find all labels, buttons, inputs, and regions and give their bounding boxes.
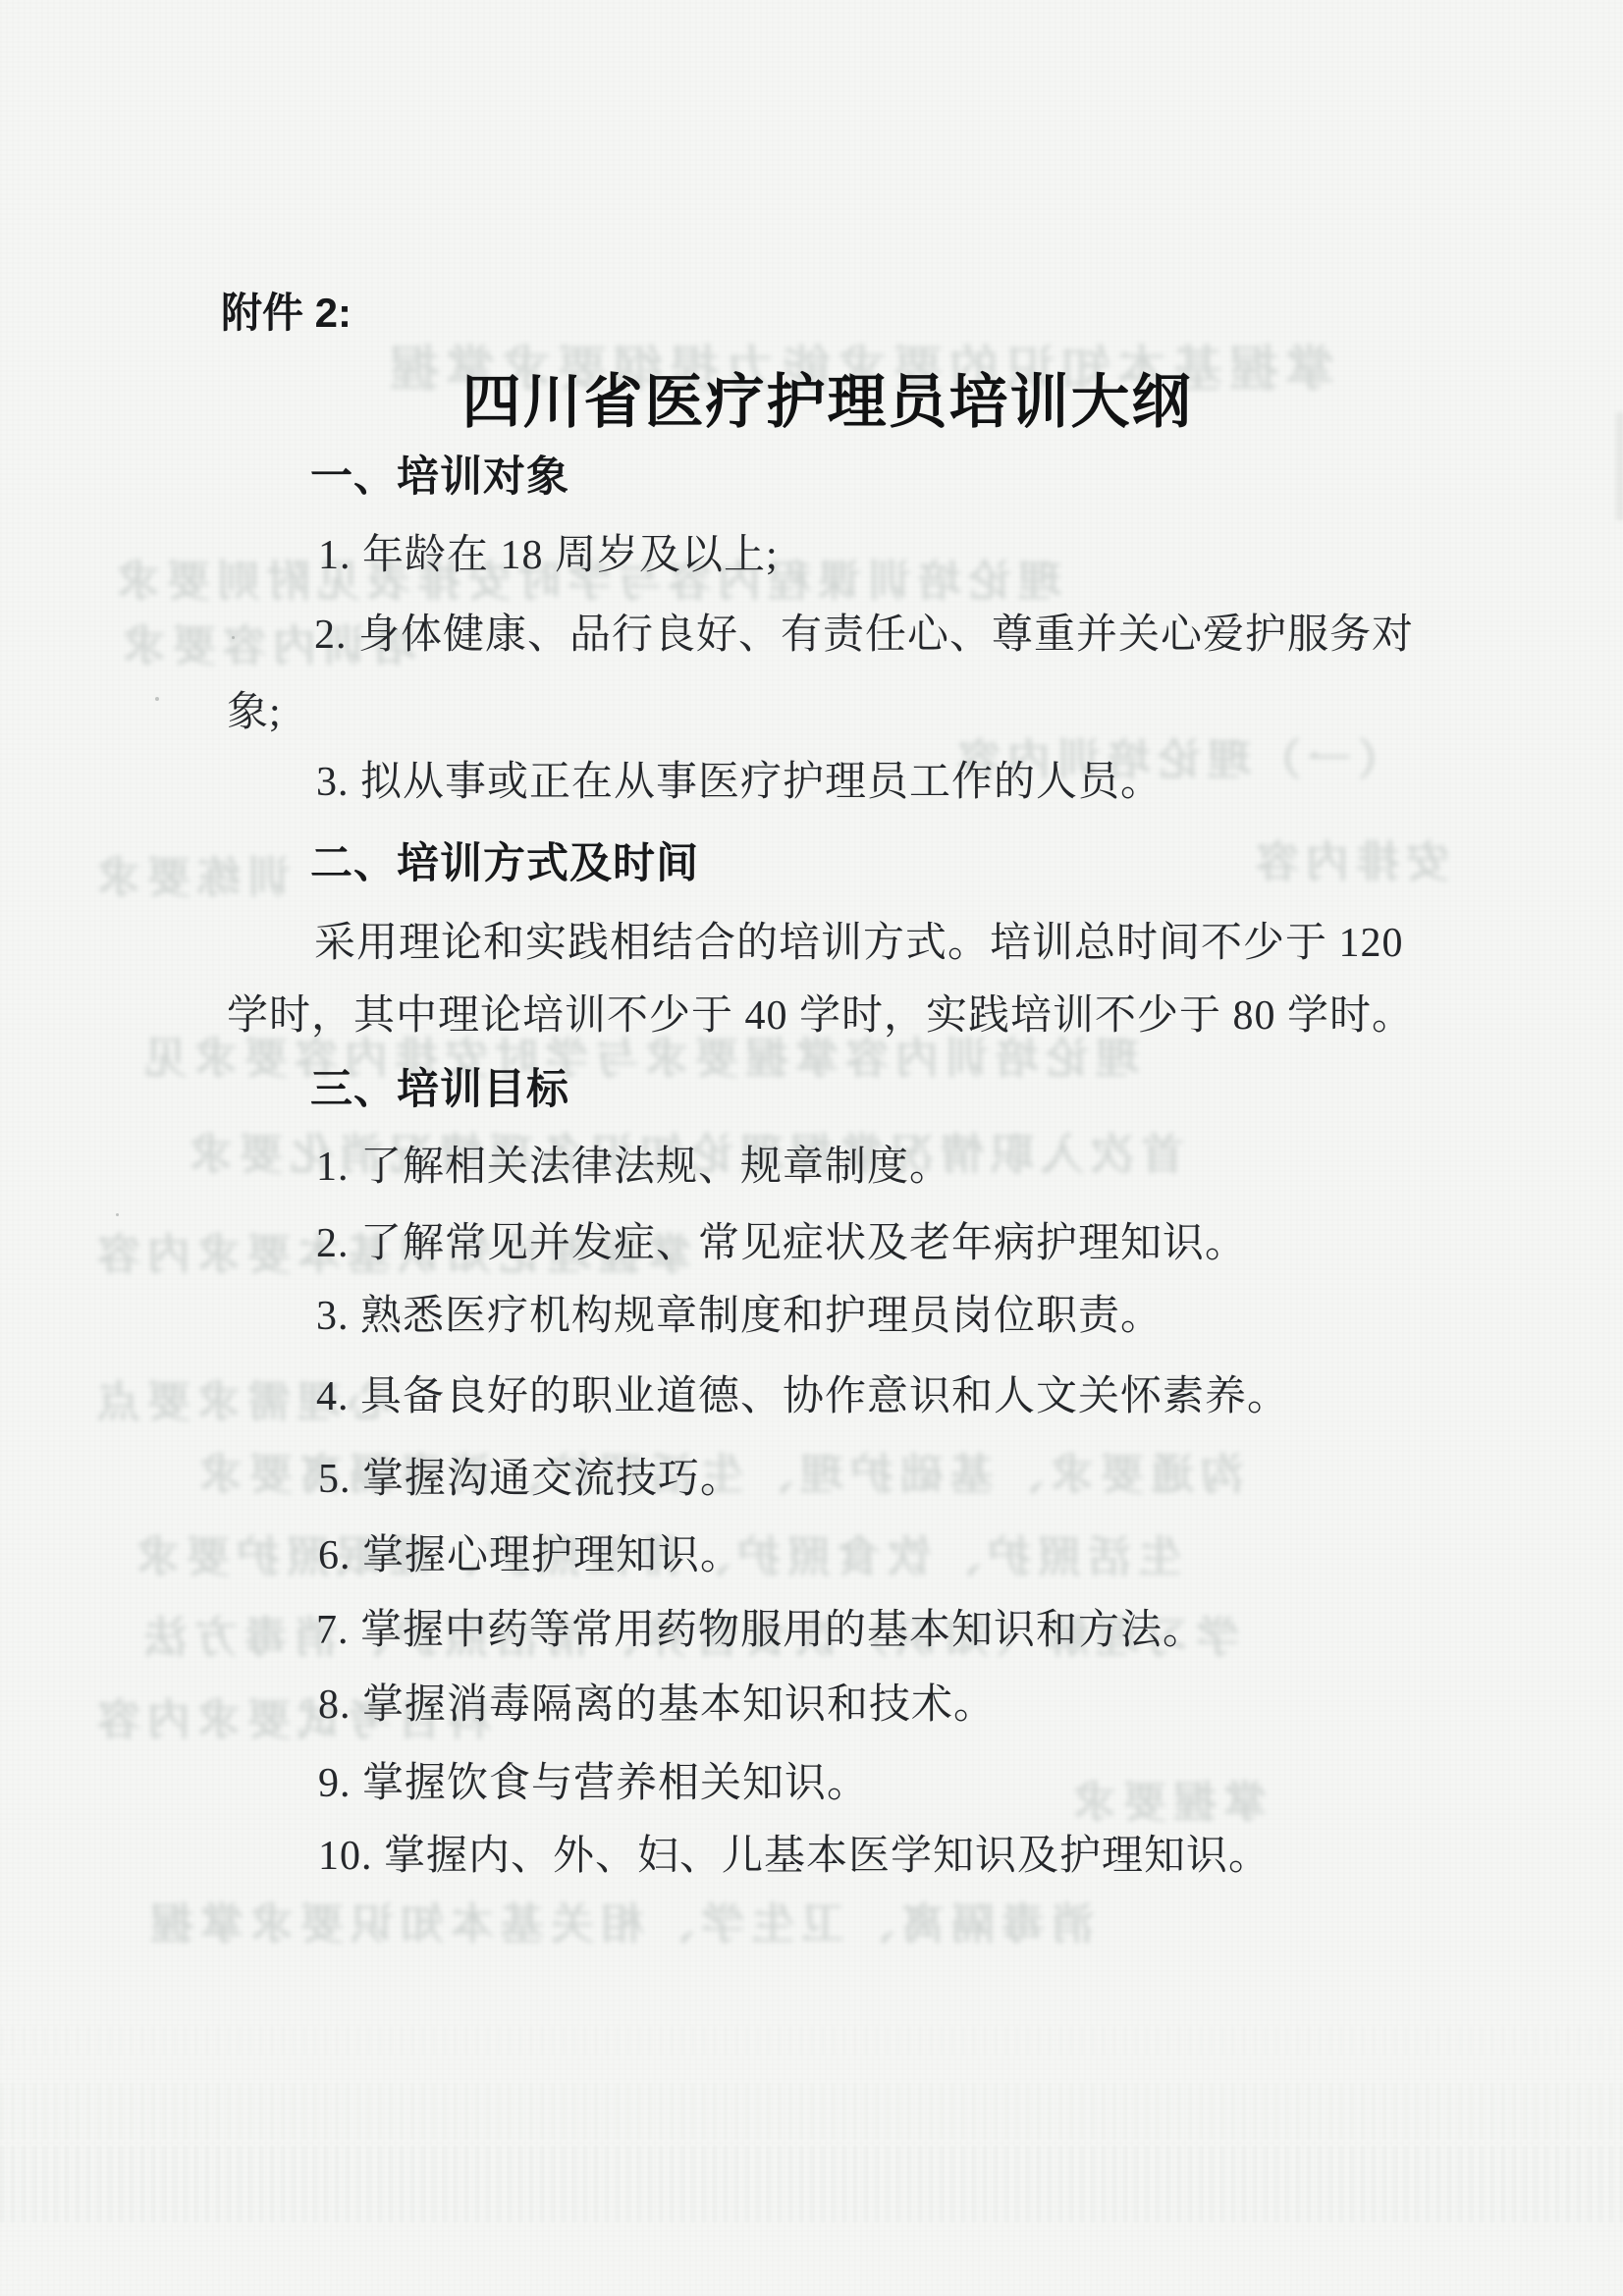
- section-heading-training-method-time: 二、培训方式及时间: [310, 840, 699, 887]
- scan-speck: [116, 1213, 119, 1216]
- list-item: 7. 掌握中药等常用药物服用的基本知识和方法。: [316, 1608, 1205, 1654]
- list-item-continuation: 象;: [227, 690, 282, 736]
- list-item: 5. 掌握沟通交流技巧。: [318, 1457, 742, 1503]
- scan-noise-band: [0, 2083, 1623, 2140]
- scan-noise-band: [0, 2026, 1623, 2056]
- scanned-page: 掌握基本知识的要求能力提纲要求掌握 理论培训课程内容与学时安排表见附则要求 培训…: [0, 0, 1623, 2296]
- list-item: 4. 具备良好的职业道德、协作意识和人文关怀素养。: [316, 1374, 1289, 1420]
- list-item: 3. 拟从事或正在从事医疗护理员工作的人员。: [316, 760, 1163, 806]
- section-heading-training-targets: 一、培训对象: [310, 454, 569, 501]
- list-item: 9. 掌握饮食与营养相关知识。: [318, 1761, 869, 1807]
- list-item: 3. 熟悉医疗机构规章制度和护理员岗位职责。: [316, 1294, 1163, 1340]
- paragraph-line: 采用理论和实践相结合的培训方式。培训总时间不少于 120: [314, 921, 1404, 967]
- attachment-label: 附件 2:: [221, 290, 352, 336]
- list-item: 2. 身体健康、品行良好、有责任心、尊重并关心爱护服务对: [314, 613, 1414, 659]
- scan-edge-smudge: [1613, 412, 1623, 520]
- list-item: 1. 年龄在 18 周岁及以上;: [318, 533, 779, 579]
- bleedthrough-line: 消毒隔离、卫生学、相关基本知识要求掌握: [143, 1889, 1095, 1951]
- bleedthrough-line: 训练要求: [90, 842, 291, 905]
- list-item: 10. 掌握内、外、妇、儿基本医学知识及护理知识。: [318, 1834, 1271, 1880]
- list-item: 2. 了解常见并发症、常见症状及老年病护理知识。: [316, 1221, 1247, 1267]
- bleedthrough-line: 掌握要求: [1066, 1767, 1267, 1830]
- bleedthrough-line: 安排内容: [1249, 827, 1449, 889]
- document-title: 四川省医疗护理员培训大纲: [0, 355, 1623, 440]
- list-item: 1. 了解相关法律法规、规章制度。: [316, 1145, 951, 1191]
- list-item: 6. 掌握心理护理知识。: [318, 1533, 742, 1579]
- list-item: 8. 掌握消毒隔离的基本知识和技术。: [318, 1682, 996, 1729]
- section-heading-training-goals: 三、培训目标: [310, 1066, 569, 1113]
- scan-noise-band: [0, 2146, 1623, 2222]
- scan-speck: [232, 636, 235, 639]
- paragraph-line: 学时，其中理论培训不少于 40 学时，实践培训不少于 80 学时。: [227, 993, 1414, 1040]
- scan-speck: [155, 697, 159, 701]
